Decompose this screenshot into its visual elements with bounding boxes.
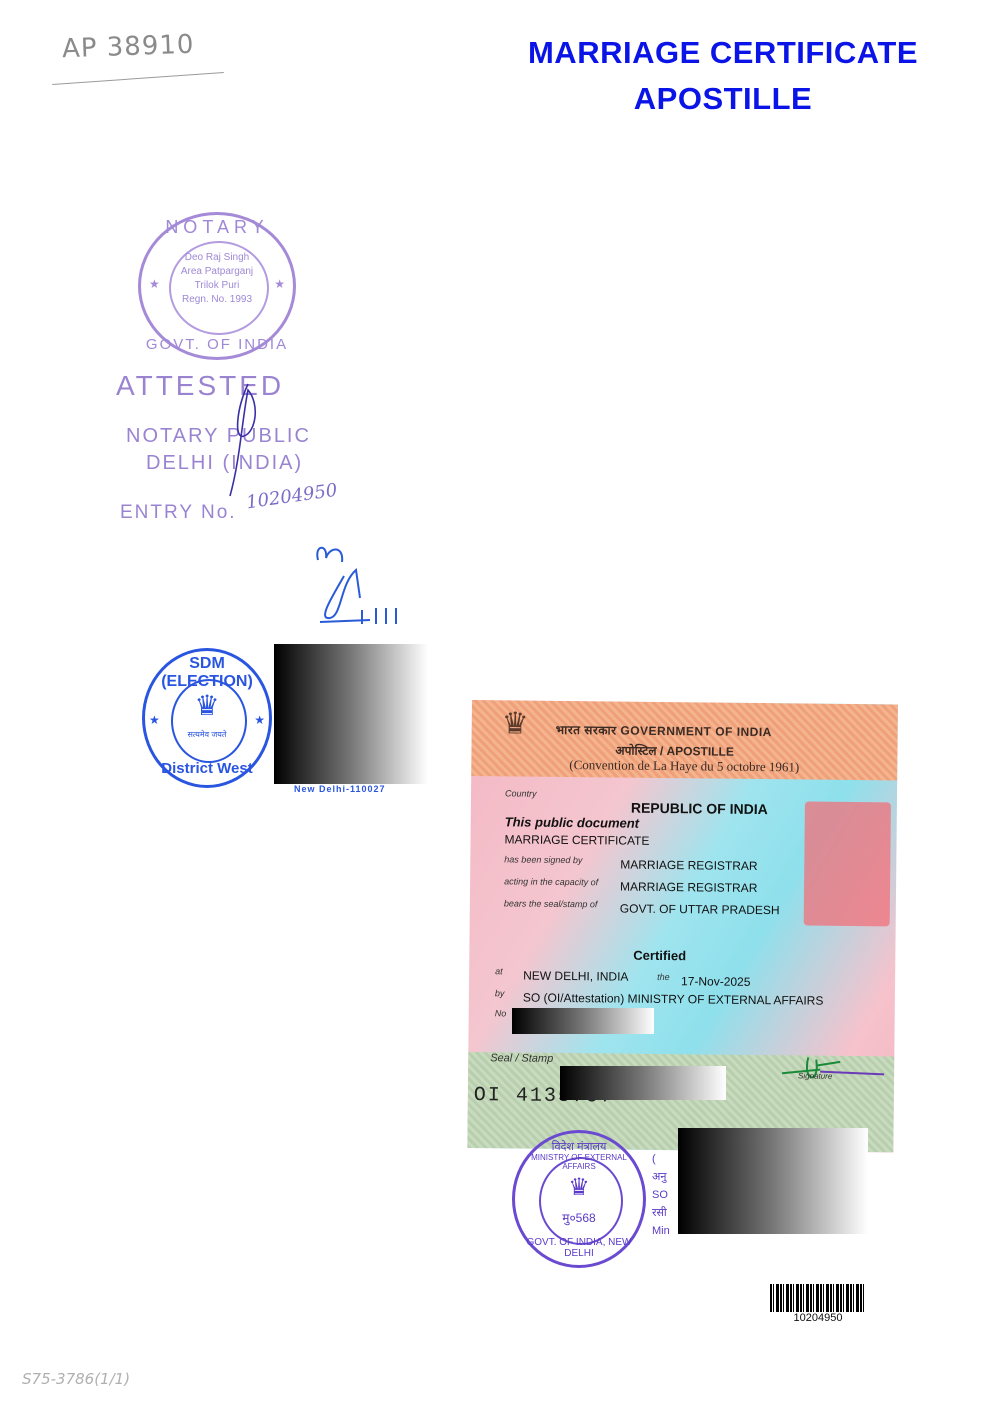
handwritten-underline — [52, 72, 224, 85]
mea-stamp: विदेश मंत्रालय MINISTRY OF EXTERNAL AFFA… — [512, 1130, 646, 1268]
signature-label: Signature — [798, 1071, 832, 1080]
country-label: Country — [505, 788, 537, 798]
officer-line: ( — [652, 1150, 670, 1168]
officer-line: रसी — [652, 1204, 670, 1222]
notary-stamp-bottom: GOVT. OF INDIA — [141, 336, 293, 353]
notary-line: Trilok Puri — [141, 279, 293, 293]
handwritten-reference: AP 38910 — [62, 30, 195, 65]
star-icon: ★ — [149, 277, 160, 291]
no-label: No — [495, 1008, 507, 1018]
sdm-election-stamp: SDM (ELECTION) ♛ सत्यमेव जयते ★ ★ Distri… — [142, 648, 272, 788]
sdm-signature — [300, 540, 410, 630]
capacity-label: acting in the capacity of — [504, 876, 598, 887]
apostille-header: ♛ भारत सरकार GOVERNMENT OF INDIA अपोस्टि… — [471, 700, 898, 780]
title-line-1: MARRIAGE CERTIFICATE — [480, 30, 966, 76]
redaction-block — [560, 1066, 726, 1100]
apostille-government: भारत सरकार GOVERNMENT OF INDIA — [556, 721, 772, 740]
notary-line: Deo Raj Singh — [141, 251, 293, 265]
sdm-stamp-footer: New Delhi-110027 — [294, 784, 386, 794]
red-security-stamp — [804, 801, 891, 926]
officer-line: अनु — [652, 1168, 670, 1186]
apostille-convention: (Convention de La Haye du 5 octobre 1961… — [569, 757, 799, 775]
mea-stamp-bottom: GOVT. OF INDIA, NEW DELHI — [515, 1237, 643, 1259]
barcode-number: 10204950 — [770, 1312, 866, 1324]
entry-label: ENTRY No. — [120, 502, 237, 524]
seal-label: bears the seal/stamp of — [504, 898, 598, 909]
by-label: by — [495, 988, 505, 998]
star-icon: ★ — [274, 277, 285, 291]
mea-officer-stamp-text: ( अनु SO रसी Min — [652, 1150, 670, 1240]
mea-stamp-english: MINISTRY OF EXTERNAL AFFAIRS — [515, 1153, 643, 1171]
notary-stamp-lines: Deo Raj Singh Area Patparganj Trilok Pur… — [141, 251, 293, 307]
document-type: MARRIAGE CERTIFICATE — [504, 832, 649, 848]
star-icon: ★ — [254, 713, 265, 727]
sdm-stamp-bottom: District West — [145, 760, 269, 777]
certified-heading: Certified — [633, 948, 686, 964]
barcode — [770, 1284, 866, 1312]
notary-stamp: NOTARY Deo Raj Singh Area Patparganj Tri… — [138, 212, 296, 360]
signed-by-label: has been signed by — [504, 854, 582, 865]
notary-line: Regn. No. 1993 — [141, 293, 293, 307]
public-document-heading: This public document — [505, 814, 639, 830]
redaction-block — [274, 644, 428, 784]
national-emblem-icon: ♛ — [145, 689, 269, 722]
star-icon: ★ — [149, 713, 160, 727]
at-value: NEW DELHI, INDIA — [523, 969, 629, 984]
redaction-block — [512, 1008, 654, 1034]
sdm-stamp-top: SDM (ELECTION) — [145, 655, 269, 691]
notary-stamp-top: NOTARY — [141, 217, 293, 238]
country-value: REPUBLIC OF INDIA — [631, 800, 768, 817]
notary-signature — [226, 380, 276, 500]
national-emblem-icon: ♛ — [515, 1173, 643, 1202]
officer-line: Min — [652, 1222, 670, 1240]
seal-value: GOVT. OF UTTAR PRADESH — [620, 902, 780, 918]
sdm-stamp-motto: सत्यमेव जयते — [145, 729, 269, 740]
mea-stamp-hindi: विदेश मंत्रालय — [515, 1139, 643, 1154]
title-line-2: APOSTILLE — [480, 76, 966, 122]
redaction-block — [678, 1128, 868, 1234]
handwritten-footer: S75-3786(1/1) — [22, 1370, 130, 1388]
national-emblem-icon: ♛ — [502, 706, 529, 741]
by-value: SO (OI/Attestation) MINISTRY OF EXTERNAL… — [523, 991, 824, 1008]
delhi-india-line: DELHI (INDIA) — [146, 452, 303, 475]
date-value: 17-Nov-2025 — [681, 974, 751, 989]
officer-signature — [780, 1051, 890, 1092]
notary-public-line: NOTARY PUBLIC — [126, 425, 311, 448]
capacity-value: MARRIAGE REGISTRAR — [620, 880, 757, 895]
seal-stamp-label: Seal / Stamp — [490, 1052, 553, 1065]
notary-line: Area Patparganj — [141, 265, 293, 279]
signed-by-value: MARRIAGE REGISTRAR — [620, 858, 757, 873]
the-label: the — [657, 972, 670, 982]
officer-line: SO — [652, 1186, 670, 1204]
document-title: MARRIAGE CERTIFICATE APOSTILLE — [480, 30, 966, 122]
at-label: at — [495, 966, 503, 976]
mea-stamp-number: मु०568 — [515, 1209, 643, 1226]
